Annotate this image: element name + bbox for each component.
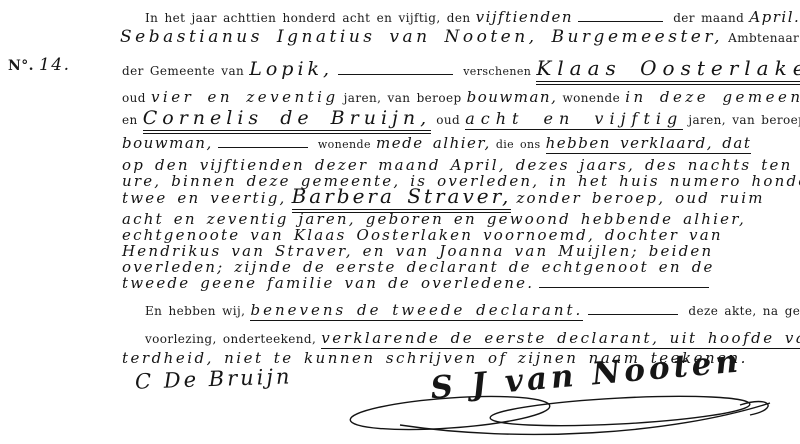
printed-municipality-label: der Gemeente van (122, 64, 244, 78)
printed-years-occupation2: jaren, van beroep (688, 113, 800, 127)
declaration-text: tweede geene familie van de overledene. (122, 274, 534, 292)
handwritten-declarant2-age: acht en vijftig (465, 109, 683, 130)
handwritten-declarant1-age: vier en zeventig (151, 88, 339, 106)
printed-age-label2: oud (436, 113, 460, 127)
printed-reading-signed: voorlezing, onderteekend, (145, 332, 316, 346)
act-number-label: N°. (8, 58, 34, 74)
declaration-line: Hendrikus van Straver, en van Joanna van… (122, 242, 713, 260)
signature-flourish (340, 385, 790, 444)
opening-line-declarant1-details: oud vier en zeventig jaren, van beroep b… (122, 88, 800, 106)
handwritten-declarant1-name: Klaas Oosterlaken, (536, 56, 800, 85)
closing-line-signing: En hebben wij, benevens de tweede declar… (145, 301, 800, 319)
closing-line-reading: voorlezing, onderteekend, verklarende de… (145, 329, 800, 347)
printed-year-phrase: In het jaar achttien honderd acht en vij… (145, 11, 471, 25)
opening-line-municipality: der Gemeente van Lopik, verschenen Klaas… (122, 57, 800, 80)
opening-line-date: In het jaar achttien honderd acht en vij… (145, 8, 800, 26)
act-number-value: 14. (39, 55, 71, 75)
fill-rule (218, 137, 308, 148)
handwritten-day: vijftienden (476, 8, 573, 26)
handwritten-declaration-intro: hebben verklaard, dat (546, 134, 752, 154)
handwritten-municipality: Lopik, (249, 58, 333, 80)
handwritten-with-second-declarant: benevens de tweede declarant. (250, 301, 583, 321)
opening-line-declarant2: en Cornelis de Bruijn, oud acht en vijft… (122, 108, 800, 129)
declaration-line: tweede geene familie van de overledene. (122, 274, 714, 292)
handwritten-month: April. (749, 8, 800, 26)
printed-years-occupation: jaren, van beroep (344, 91, 462, 105)
deceased-name: Barbera Straver, (292, 184, 512, 213)
printed-month-label: der maand (673, 11, 744, 25)
printed-and-have-we: En hebben wij, (145, 304, 245, 318)
handwritten-official-name: Sebastianus Ignatius van Nooten, Burgeme… (120, 27, 723, 47)
fill-rule (539, 277, 709, 288)
opening-line-declarant2-details: bouwman, wonende mede alhier, die ons he… (122, 134, 751, 152)
handwritten-declarant1-occupation: bouwman, (467, 88, 558, 106)
fill-rule (588, 304, 678, 315)
printed-registrar-title: Ambtenaar van den Burgerlijken Stand (728, 31, 800, 45)
printed-residing2: wonende (318, 138, 371, 151)
declarant-signature: C De Bruijn (135, 368, 292, 391)
fill-rule (338, 64, 453, 75)
printed-residing: wonende (562, 91, 620, 105)
act-number: N°. 14. (8, 56, 71, 75)
declaration-line: acht en zeventig jaren, geboren en gewoo… (122, 210, 746, 228)
declarant-signature-text: C De Bruijn (135, 365, 293, 394)
handwritten-declarant2-name: Cornelis de Bruijn, (143, 107, 431, 134)
handwritten-declarant2-occupation: bouwman, (122, 134, 213, 152)
opening-line-official: Sebastianus Ignatius van Nooten, Burgeme… (120, 28, 800, 47)
declaration-text: zonder beroep, oud ruim (516, 189, 764, 207)
printed-and: en (122, 113, 138, 127)
fill-rule (578, 11, 663, 22)
declaration-line: op den vijftienden dezer maand April, de… (122, 156, 800, 174)
declaration-line: echtgenoote van Klaas Oosterlaken voorno… (122, 226, 723, 244)
declaration-line-deceased: twee en veertig, Barbera Straver, zonder… (122, 185, 765, 207)
printed-who-to-us: die ons (496, 138, 541, 151)
printed-this-act: deze akte, na gedane (688, 304, 800, 318)
printed-age-label: oud (122, 91, 146, 105)
printed-appeared: verschenen (463, 65, 531, 78)
handwritten-declarant2-residence: mede alhier, (376, 134, 491, 152)
handwritten-declarant1-residence: in deze gemeente (625, 88, 800, 106)
declaration-line: overleden; zijnde de eerste declarant de… (122, 258, 715, 276)
declaration-text: twee en veertig, (122, 189, 287, 207)
